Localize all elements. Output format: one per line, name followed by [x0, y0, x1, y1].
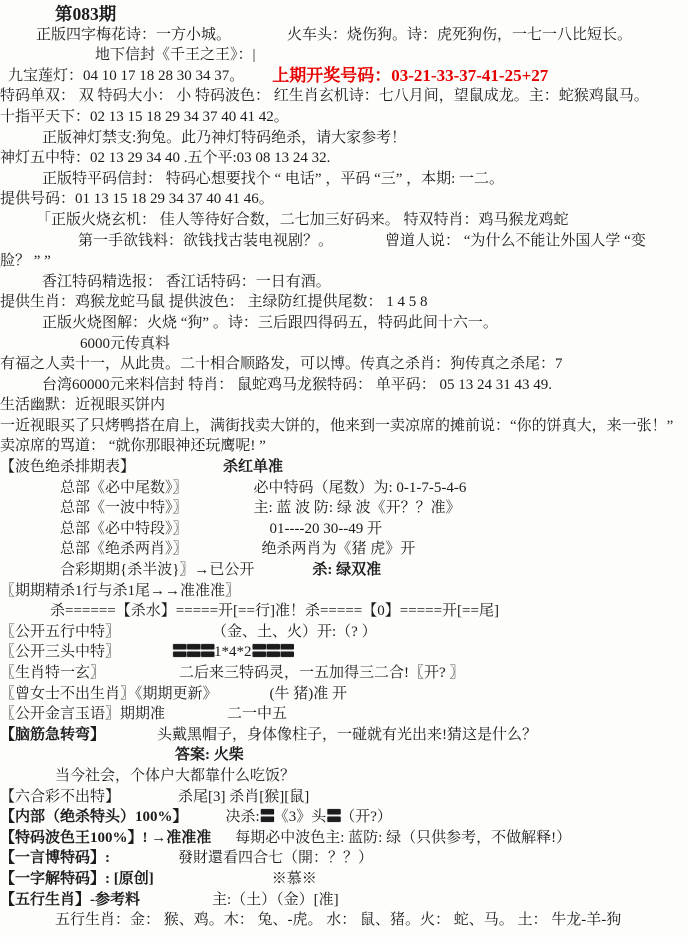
internal-kill-head-line: 【内部（绝杀特头）100%】决杀: 〓《3》头〓（开?） [0, 807, 688, 828]
kill-water-line: 杀======【杀水】=====开[==行]准！杀=====【0】=====开[… [0, 601, 688, 622]
hq-segment-line: 总部《必中特段》〗01----20 30--49 开 [0, 519, 688, 540]
text-segment: 《3》头 [274, 807, 327, 828]
text-segment: 【特码波色王100%】! →准准准 [0, 828, 211, 849]
text-segment: 〖公开三头中特〗 [0, 642, 120, 663]
text-segment: 二后来三特码灵，一五加得三二合!〖开? 〗 [179, 663, 464, 684]
text-segment: 〓〓〓 [252, 642, 294, 663]
fax-kill-line: 有福之人卖十一，从此贵。二十相合顺路发，可以博。传真之杀肖：狗传真之杀尾：7 [0, 354, 688, 375]
no-special-line: 【六合彩不出特】杀尾[3] 杀肖[猴][鼠] [0, 787, 688, 808]
text-segment: 火车头：烧伤狗。诗：虎死狗伤，一七一八比短长。 [287, 25, 632, 46]
text-segment: 【五行生肖】-参考料 [0, 890, 140, 911]
fire-diagram-line: 正版火烧图解：火烧 “狗” 。诗：三后跟四得码五，特码此间十六一。 [0, 313, 688, 334]
humor-title-line: 生活幽默：近视眼买饼内 [0, 395, 688, 416]
text-segment: 总部《必中特段》〗 [60, 519, 188, 540]
money-tip-line: 第一手欲钱料：欲钱找古装电视剧？。曾道人说： “为什么不能让外国人学 “变 [0, 231, 688, 252]
text-segment: 地下信封《千王之王》：| [95, 45, 256, 66]
kill-row-tail-header: 〖期期精杀1行与杀1尾→→准准准〗 [0, 581, 688, 602]
humor-body-line-1: 一近视眼买了只烤鸭搭在肩上，满街找卖大饼的，他来到一卖凉席的摊前说：“你的饼真大… [0, 416, 688, 437]
taiwan-envelope-line: 台湾60000元来料信封 特肖： 鼠蛇鸡马龙猴特码： 单平码： 05 13 24… [0, 375, 688, 396]
text-segment: 一近视眼买了只烤鸭搭在肩上，满街找卖大饼的，他来到一卖凉席的摊前说：“你的饼真大… [0, 416, 673, 437]
text-segment: 合彩期期{杀半波}〗→已公开 [60, 560, 254, 581]
five-element-zodiac-body: 五行生肖：金： 猴、鸡。木： 兔、-虎。 水： 鼠、猪。火： 蛇、马。 土： 牛… [0, 910, 688, 931]
ten-fingers-line: 十指平天下：02 13 15 18 29 34 37 40 41 42。 [0, 107, 688, 128]
text-segment: 曾道人说： “为什么不能让外国人学 “变 [385, 231, 646, 252]
text-segment: 神灯五中特：02 13 29 34 40 .五个平:03 08 13 24 32… [0, 148, 330, 169]
text-segment: 正版火烧图解：火烧 “狗” 。诗：三后跟四得码五，特码此间十六一。 [42, 313, 498, 334]
riddle-answer-line: 答案: 火柴 [0, 745, 688, 766]
text-segment: 正版四字梅花诗：一方小城。 [36, 25, 231, 46]
text-segment: 每期必中波色主: 蓝防: 绿（只供参考，不做解释!） [235, 828, 571, 849]
text-segment: 〖曾女士不出生肖〗《期期更新》 [0, 684, 218, 705]
text-segment: 上期开奖号码：03-21-33-37-41-25+27 [272, 66, 548, 87]
text-segment: 决杀: [226, 807, 260, 828]
text-segment: 台湾60000元来料信封 特肖： 鼠蛇鸡马龙猴特码： 单平码： 05 13 24… [42, 375, 552, 396]
text-segment: 杀======【杀水】=====开[==行]准！杀=====【0】=====开[… [50, 601, 499, 622]
half-wave-line: 合彩期期{杀半波}〗→已公开杀: 绿双准 [0, 560, 688, 581]
text-segment: 提供生肖：鸡猴龙蛇马鼠 提供波色： 主绿防红提供尾数： 1 4 5 8 [0, 292, 428, 313]
text-segment: 〓〓〓 [172, 642, 214, 663]
text-segment: 主:（土）（金）[准] [212, 890, 339, 911]
text-segment: 正版神灯禁支:狗兔。此乃神灯特码绝杀，请大家参考！ [42, 128, 406, 149]
text-segment: 杀: 绿双准 [312, 560, 381, 581]
second-riddle-line: 当今社会，个体户大都靠什么吃饭？ [0, 766, 688, 787]
text-segment: 有福之人卖十一，从此贵。二十相合顺路发，可以博。传真之杀肖：狗传真之杀尾：7 [0, 354, 563, 375]
text-segment: 主: 蓝 波 防: 绿 波《开？？准》 [254, 498, 461, 519]
hq-wave-line: 总部《一波中特》〗主: 蓝 波 防: 绿 波《开？？准》 [0, 498, 688, 519]
text-segment: 第一手欲钱料：欲钱找古装电视剧？。 [78, 231, 333, 252]
plum-poem-line: 正版四字梅花诗：一方小城。火车头：烧伤狗。诗：虎死狗伤，一七一八比短长。 [0, 25, 688, 46]
text-segment: 【内部（绝杀特头）100%】 [0, 807, 188, 828]
text-segment: (牛 猪)准 开 [270, 684, 348, 705]
text-segment: 当今社会，个体户大都靠什么吃饭？ [55, 766, 295, 787]
one-word-bet-line: 【一言博特码】:發財還看四合七（開：？？） [0, 848, 688, 869]
text-segment: 绝杀两肖为《猪 虎》开 [262, 539, 416, 560]
text-segment: 提供号码：01 13 15 18 29 34 37 40 41 46。 [0, 189, 274, 210]
text-lines: 第083期正版四字梅花诗：一方小城。火车头：烧伤狗。诗：虎死狗伤，一七一八比短长… [0, 4, 688, 931]
text-segment: 正版特平码信封： 特码心想要找个 “ 电话” ，平码 “三” ，本期: 一二。 [42, 169, 504, 190]
text-segment: 【一字解特码】: [原创] [0, 869, 154, 890]
text-segment: 〓 [326, 807, 340, 828]
text-segment: 九宝莲灯：04 10 17 18 28 30 34 37。 [8, 66, 244, 87]
text-segment: ※慕※ [272, 869, 317, 890]
magic-lamp-ban-line: 正版神灯禁支:狗兔。此乃神灯特码绝杀，请大家参考！ [0, 128, 688, 149]
text-segment: 卖凉席的骂道： “就你那眼神还玩鹰呢! ” [0, 436, 266, 457]
text-segment: 五行生肖：金： 猴、鸡。木： 兔、-虎。 水： 鼠、猪。火： 蛇、马。 土： 牛… [55, 910, 621, 931]
humor-body-line-2: 卖凉席的骂道： “就你那眼神还玩鹰呢! ” [0, 436, 688, 457]
xiangjiang-line: 香江特码精选报： 香江话特码：一日有酒。 [0, 272, 688, 293]
text-segment: 必中特码（尾数）为: 0-1-7-5-4-6 [254, 478, 467, 499]
madam-zeng-line: 〖曾女士不出生肖〗《期期更新》(牛 猪)准 开 [0, 684, 688, 705]
issue-title: 第083期 [0, 4, 688, 25]
five-elements-line: 〖公开五行中特〗（金、土、火）开:（? ） [0, 622, 688, 643]
text-segment: 【波色绝杀排期表】 [0, 457, 135, 478]
hq-kill-two-line: 总部《绝杀两肖》〗绝杀两肖为《猪 虎》开 [0, 539, 688, 560]
riddle-line: 【脑筋急转弯】头戴黑帽子，身体像柱子，一碰就有光出来!猜这是什么？ [0, 725, 688, 746]
text-segment: 答案: 火柴 [175, 745, 244, 766]
text-segment: 01----20 30--49 开 [270, 519, 382, 540]
text-segment: 生活幽默：近视眼买饼内 [0, 395, 165, 416]
nine-lotus-and-last-draw: 九宝莲灯：04 10 17 18 28 30 34 37。上期开奖号码：03-2… [0, 66, 688, 87]
text-segment: （开?） [340, 807, 392, 828]
text-segment: 〖公开金言玉语〗期期准 [0, 704, 165, 725]
text-segment: 【一言博特码】: [0, 848, 110, 869]
text-segment: 1*4*2 [214, 642, 252, 663]
text-segment: 总部《一波中特》〗 [60, 498, 188, 519]
envelope-line: 地下信封《千王之王》：| [0, 45, 688, 66]
text-segment: 总部《绝杀两肖》〗 [60, 539, 188, 560]
text-segment: 〖生肖特一玄〗 [0, 663, 105, 684]
money-tip-wrap-line: 脸？ ” ” [0, 251, 688, 272]
lottery-sheet: 第083期正版四字梅花诗：一方小城。火车头：烧伤狗。诗：虎死狗伤，一七一八比短长… [0, 0, 688, 937]
wave-king-line: 【特码波色王100%】! →准准准每期必中波色主: 蓝防: 绿（只供参考，不做解… [0, 828, 688, 849]
text-segment: 总部《必中尾数》〗 [60, 478, 188, 499]
text-segment: 6000元传真料 [80, 334, 170, 355]
three-heads-line: 〖公开三头中特〗〓〓〓1*4*2〓〓〓 [0, 642, 688, 663]
text-segment: 「正版火烧玄机： 佳人等待好合数，二七加三好码来。 特双特肖：鸡马猴龙鸡蛇 [36, 210, 569, 231]
flat-code-envelope-line: 正版特平码信封： 特码心想要找个 “ 电话” ，平码 “三” ，本期: 一二。 [0, 169, 688, 190]
one-char-solve-line: 【一字解特码】: [原创]※慕※ [0, 869, 688, 890]
text-segment: 〖期期精杀1行与杀1尾→→准准准〗 [0, 581, 240, 602]
text-segment: 〓 [260, 807, 274, 828]
text-segment: 杀尾[3] 杀肖[猴][鼠] [178, 787, 309, 808]
text-segment: 第083期 [55, 4, 116, 25]
text-segment: 杀红单准 [223, 457, 283, 478]
text-segment: 〖公开五行中特〗 [0, 622, 120, 643]
text-segment: 【脑筋急转弯】 [0, 725, 105, 746]
text-segment: （金、土、火）开:（? ） [212, 622, 377, 643]
wave-kill-table-header: 【波色绝杀排期表】杀红单准 [0, 457, 688, 478]
five-element-zodiac-header: 【五行生肖】-参考料主:（土）（金）[准] [0, 890, 688, 911]
text-segment: 特码单双： 双 特码大小： 小 特码波色： 红生肖玄机诗：七八月间，望鼠成龙。主… [0, 86, 649, 107]
zodiac-mystery-line: 〖生肖特一玄〗二后来三特码灵，一五加得三二合!〖开? 〗 [0, 663, 688, 684]
provided-numbers-line: 提供号码：01 13 15 18 29 34 37 40 41 46。 [0, 189, 688, 210]
provided-zodiac-line: 提供生肖：鸡猴龙蛇马鼠 提供波色： 主绿防红提供尾数： 1 4 5 8 [0, 292, 688, 313]
fire-mystery-line: 「正版火烧玄机： 佳人等待好合数，二七加三好码来。 特双特肖：鸡马猴龙鸡蛇 [0, 210, 688, 231]
text-segment: 【六合彩不出特】 [0, 787, 120, 808]
fax-6000-line: 6000元传真料 [0, 334, 688, 355]
text-segment: 十指平天下：02 13 15 18 29 34 37 40 41 42。 [0, 107, 289, 128]
special-odd-even-line: 特码单双： 双 特码大小： 小 特码波色： 红生肖玄机诗：七八月间，望鼠成龙。主… [0, 86, 688, 107]
text-segment: 二一中五 [227, 704, 287, 725]
magic-lamp-five-line: 神灯五中特：02 13 29 34 40 .五个平:03 08 13 24 32… [0, 148, 688, 169]
text-segment: 發財還看四合七（開：？？） [178, 848, 373, 869]
text-segment: 脸？ ” ” [0, 251, 51, 272]
golden-words-line: 〖公开金言玉语〗期期准二一中五 [0, 704, 688, 725]
text-segment: 头戴黑帽子，身体像柱子，一碰就有光出来!猜这是什么？ [157, 725, 537, 746]
hq-tail-line: 总部《必中尾数》〗必中特码（尾数）为: 0-1-7-5-4-6 [0, 478, 688, 499]
text-segment: 香江特码精选报： 香江话特码：一日有酒。 [42, 272, 331, 293]
